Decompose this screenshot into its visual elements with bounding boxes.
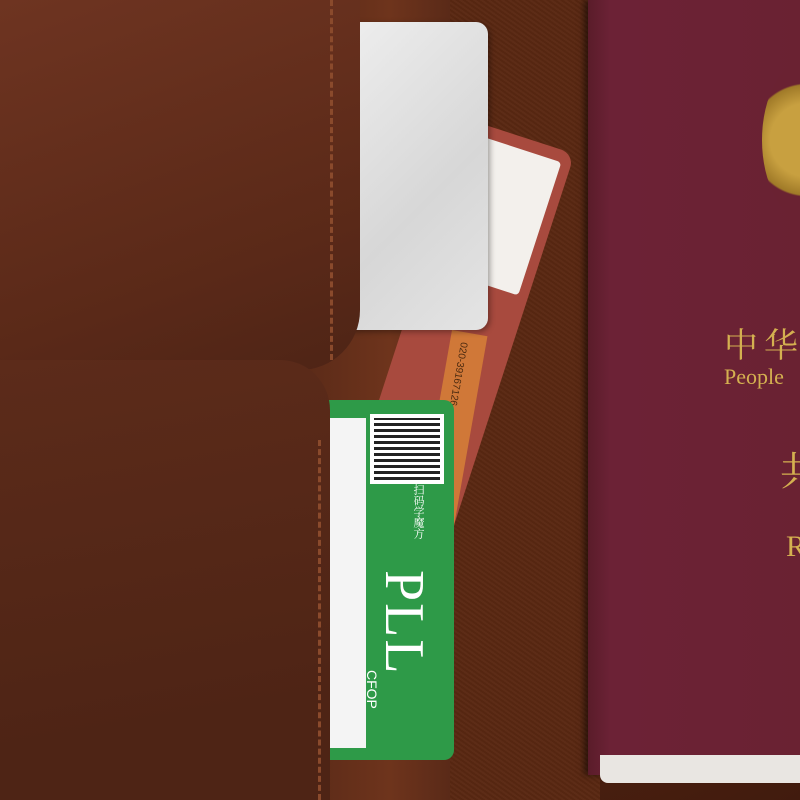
stitching [318,440,321,800]
green-card: 扫码学魔方 PLL CFOP [312,400,454,760]
product-photo: 020-39167126 扫码学魔方 PLL CFOP 中华 People 共 … [0,0,800,800]
passport-title-cn: 中华 [724,318,800,367]
card-brand: PLL [372,570,436,676]
orange-card-phone: 020-39167126 [447,341,469,406]
passport-title-en-2: R [786,530,800,564]
passport-title-cn-2: 共 [780,440,800,497]
qr-code-icon [370,414,444,484]
stitching [330,0,333,360]
upper-pocket [0,0,360,370]
card-subtitle: CFOP [364,670,380,709]
lower-pocket [0,360,330,800]
passport-pages [600,755,800,783]
white-stripe [326,418,366,748]
passport-title-en: People [724,364,784,390]
qr-label: 扫码学魔方 [410,484,426,539]
